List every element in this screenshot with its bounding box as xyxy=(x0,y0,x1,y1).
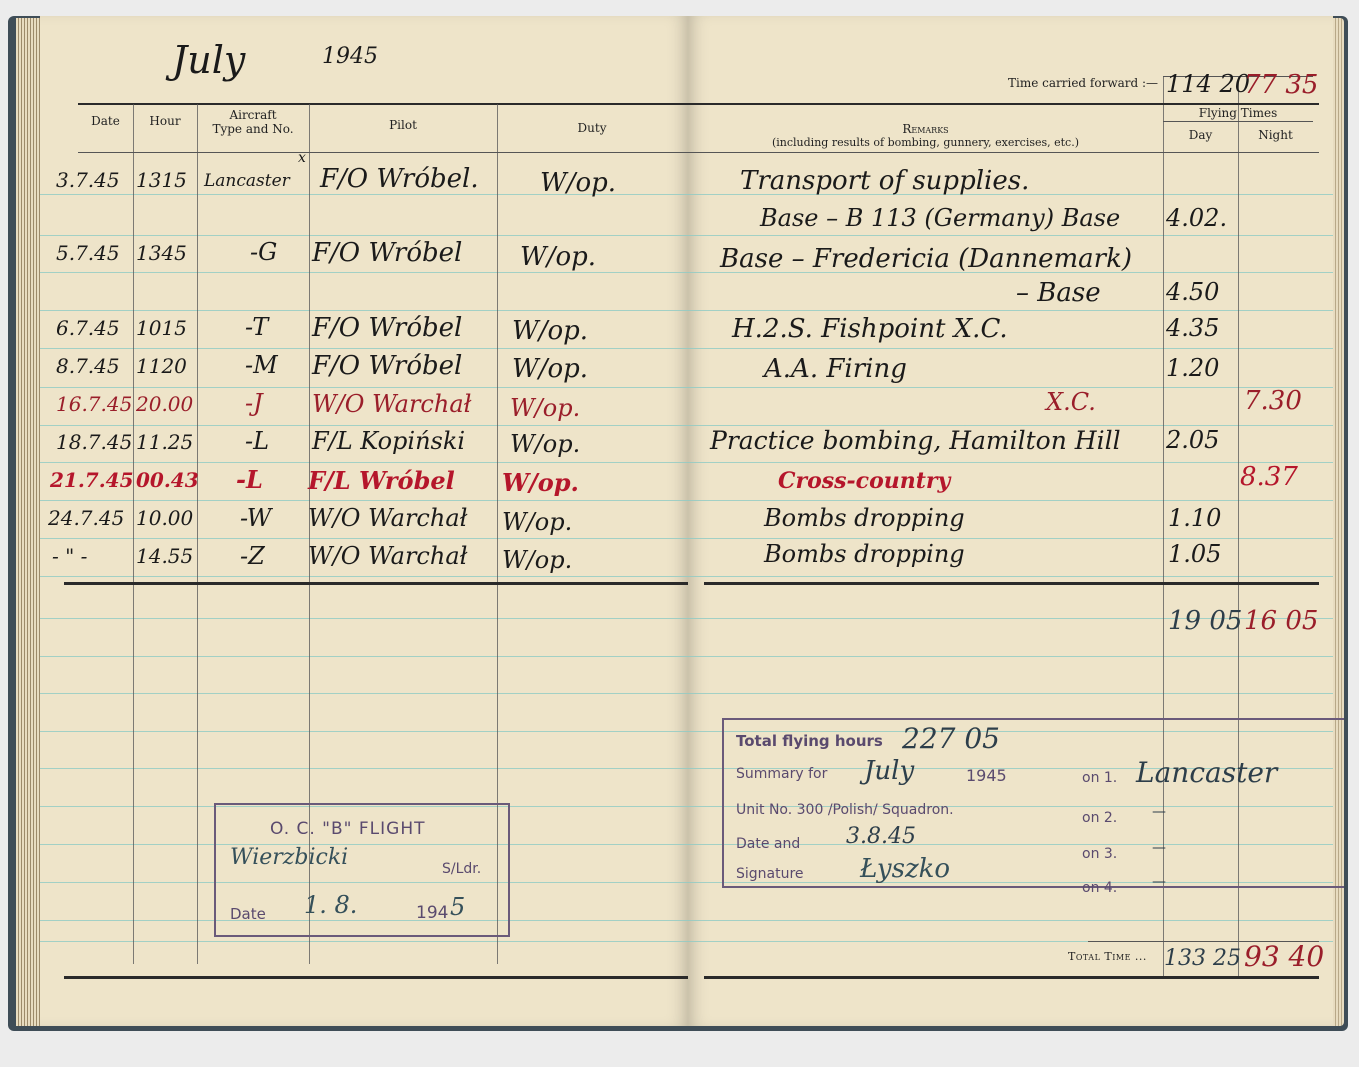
summary-date-value: 3.8.45 xyxy=(846,824,916,849)
row-hour: 14.55 xyxy=(136,544,193,568)
row-date: 24.7.45 xyxy=(48,506,124,530)
remarks-subheader: (including results of bombing, gunnery, … xyxy=(688,136,1163,150)
total-flying-hours-label: Total flying hours xyxy=(736,732,883,750)
day-time: 2.05 xyxy=(1166,426,1219,454)
year-label: 1945 xyxy=(322,44,378,69)
row-aircraft: -W xyxy=(240,504,271,532)
row-aircraft: -L xyxy=(245,427,269,455)
header-bottom-rule xyxy=(78,152,688,153)
remark-text: Base – B 113 (Germany) Base xyxy=(760,204,1120,232)
row-date: 16.7.45 xyxy=(56,392,132,416)
page-total-night: 16 05 xyxy=(1244,606,1318,636)
row-duty: W/op. xyxy=(512,354,588,384)
row-pilot: W/O Warchał xyxy=(308,504,467,532)
column-header-pilot: Pilot xyxy=(309,118,497,132)
row-pilot: F/L Kopiński xyxy=(312,427,465,455)
column-header-aircraft: Aircraft Type and No. xyxy=(197,108,309,136)
aircraft-mark: x xyxy=(298,150,306,166)
row-date: 18.7.45 xyxy=(56,430,132,454)
signature-label: Signature xyxy=(736,866,804,882)
stamp-title: O. C. "B" FLIGHT xyxy=(270,819,426,839)
page-edges-left xyxy=(16,18,42,1026)
stamp-date-label: Date xyxy=(230,905,266,923)
row-aircraft: -Z xyxy=(240,542,265,570)
total-time-day: 133 25 xyxy=(1164,946,1241,971)
row-date: - " - xyxy=(52,544,87,568)
night-time: 8.37 xyxy=(1240,462,1298,492)
remark-text: Practice bombing, Hamilton Hill xyxy=(710,426,1121,455)
row-aircraft: -M xyxy=(245,351,278,379)
row-aircraft: Lancaster xyxy=(204,171,290,191)
row-date: 5.7.45 xyxy=(56,241,120,265)
row-hour: 20.00 xyxy=(136,392,193,416)
row-hour: 1015 xyxy=(136,316,187,340)
row-hour: 1345 xyxy=(136,241,187,265)
summary-for-label: Summary for xyxy=(736,766,827,782)
column-header-hour: Hour xyxy=(133,114,197,128)
day-time: 4.35 xyxy=(1166,314,1219,342)
flying-times-header: Flying Times xyxy=(1163,106,1313,120)
oc-flight-stamp: O. C. "B" FLIGHT Wierzbicki S/Ldr. Date … xyxy=(214,803,510,937)
row-aircraft: -L xyxy=(236,465,263,494)
stamp-date-value: 1. 8. xyxy=(304,891,357,919)
header-top-rule xyxy=(78,103,688,105)
row-duty: W/op. xyxy=(510,430,580,458)
day-time: 4.50 xyxy=(1166,278,1219,306)
column-header-date: Date xyxy=(78,114,133,128)
remark-text: Bombs dropping xyxy=(764,540,965,568)
summary-month: July xyxy=(864,756,914,786)
entries-bottom-rule xyxy=(704,582,1319,585)
time-carried-forward-day: 114 20 xyxy=(1166,70,1250,98)
night-header: Night xyxy=(1238,128,1313,142)
row-pilot: W/O Warchał xyxy=(312,390,471,418)
row-aircraft: -T xyxy=(245,313,268,341)
aircraft-header-line2: Type and No. xyxy=(197,122,309,136)
page-bottom-rule xyxy=(704,976,1319,979)
row-date: 6.7.45 xyxy=(56,316,120,340)
on1-value: Lancaster xyxy=(1136,756,1277,789)
header-bottom-rule xyxy=(688,152,1319,153)
remark-text: Base – Fredericia (Dannemark) xyxy=(720,244,1132,274)
row-duty: W/op. xyxy=(502,468,579,497)
total-time-night: 93 40 xyxy=(1244,940,1324,973)
time-carried-forward-night: 77 35 xyxy=(1244,70,1318,100)
remark-text: H.2.S. Fishpoint X.C. xyxy=(732,314,1008,344)
time-carried-forward-label: Time carried forward :— xyxy=(1008,76,1158,90)
summary-year: 1945 xyxy=(966,766,1007,785)
unit-label: Unit No. 300 /Polish/ Squadron. xyxy=(736,802,954,818)
row-duty: W/op. xyxy=(502,508,572,536)
remark-text: Bombs dropping xyxy=(764,504,965,532)
row-hour: 11.25 xyxy=(136,430,193,454)
day-time: 1.10 xyxy=(1168,504,1221,532)
on3-value: — xyxy=(1152,840,1166,856)
header-top-rule xyxy=(688,103,1319,105)
row-pilot: W/O Warchał xyxy=(308,542,467,570)
remark-text: – Base xyxy=(1016,278,1101,308)
column-header-duty: Duty xyxy=(497,121,687,135)
remark-text: Transport of supplies. xyxy=(740,166,1029,196)
day-time: 4.02. xyxy=(1166,204,1227,232)
row-hour: 00.43 xyxy=(136,468,199,492)
right-page: Time carried forward :— 114 20 77 35 Rem… xyxy=(688,16,1333,1026)
row-duty: W/op. xyxy=(512,316,588,346)
row-pilot: F/O Wróbel. xyxy=(320,164,479,194)
remark-text: Cross-country xyxy=(778,468,950,494)
stamp-year-prefix: 194 xyxy=(416,903,448,923)
page-bottom-rule xyxy=(64,976,688,979)
row-hour: 1120 xyxy=(136,354,187,378)
row-hour: 1315 xyxy=(136,168,187,192)
remarks-header: Remarks xyxy=(688,122,1163,136)
total-flying-hours-value: 227 05 xyxy=(902,722,1000,755)
row-pilot: F/O Wróbel xyxy=(312,238,462,268)
entries-bottom-rule xyxy=(64,582,688,585)
night-time: 7.30 xyxy=(1244,386,1302,416)
on4-label: on 4. xyxy=(1082,880,1117,896)
on2-label: on 2. xyxy=(1082,810,1117,826)
row-duty: W/op. xyxy=(540,168,616,198)
row-pilot: F/O Wróbel xyxy=(312,351,462,381)
summary-signature: Łyszko xyxy=(860,854,950,884)
row-duty: W/op. xyxy=(520,242,596,272)
row-aircraft: -G xyxy=(250,238,277,266)
monthly-summary-stamp: Total flying hours 227 05 Summary for Ju… xyxy=(722,718,1344,888)
row-date: 8.7.45 xyxy=(56,354,120,378)
stamp-signature: Wierzbicki xyxy=(230,845,348,870)
row-date: 3.7.45 xyxy=(56,168,120,192)
row-pilot: F/L Wróbel xyxy=(308,466,455,495)
row-pilot: F/O Wróbel xyxy=(312,313,462,343)
on1-label: on 1. xyxy=(1082,770,1117,786)
row-duty: W/op. xyxy=(502,546,572,574)
on2-value: — xyxy=(1152,804,1166,820)
on4-value: — xyxy=(1152,874,1166,890)
day-time: 1.05 xyxy=(1168,540,1221,568)
stamp-rank: S/Ldr. xyxy=(442,861,481,877)
total-time-label: Total Time ... xyxy=(1068,950,1147,964)
day-header: Day xyxy=(1163,128,1238,142)
row-aircraft: -J xyxy=(245,389,263,417)
stamp-year-suffix: 5 xyxy=(450,893,465,921)
month-label: July xyxy=(172,38,245,82)
day-time: 1.20 xyxy=(1166,354,1219,382)
left-page: July 1945 Date Hour Aircraft Type and No… xyxy=(40,16,688,1026)
row-duty: W/op. xyxy=(510,394,580,422)
aircraft-header-line1: Aircraft xyxy=(197,108,309,122)
row-hour: 10.00 xyxy=(136,506,193,530)
row-date: 21.7.45 xyxy=(50,468,134,492)
remark-text: A.A. Firing xyxy=(764,354,907,384)
remark-text: X.C. xyxy=(1046,388,1096,416)
page-total-day: 19 05 xyxy=(1168,606,1242,636)
date-and-label: Date and xyxy=(736,836,800,852)
on3-label: on 3. xyxy=(1082,846,1117,862)
